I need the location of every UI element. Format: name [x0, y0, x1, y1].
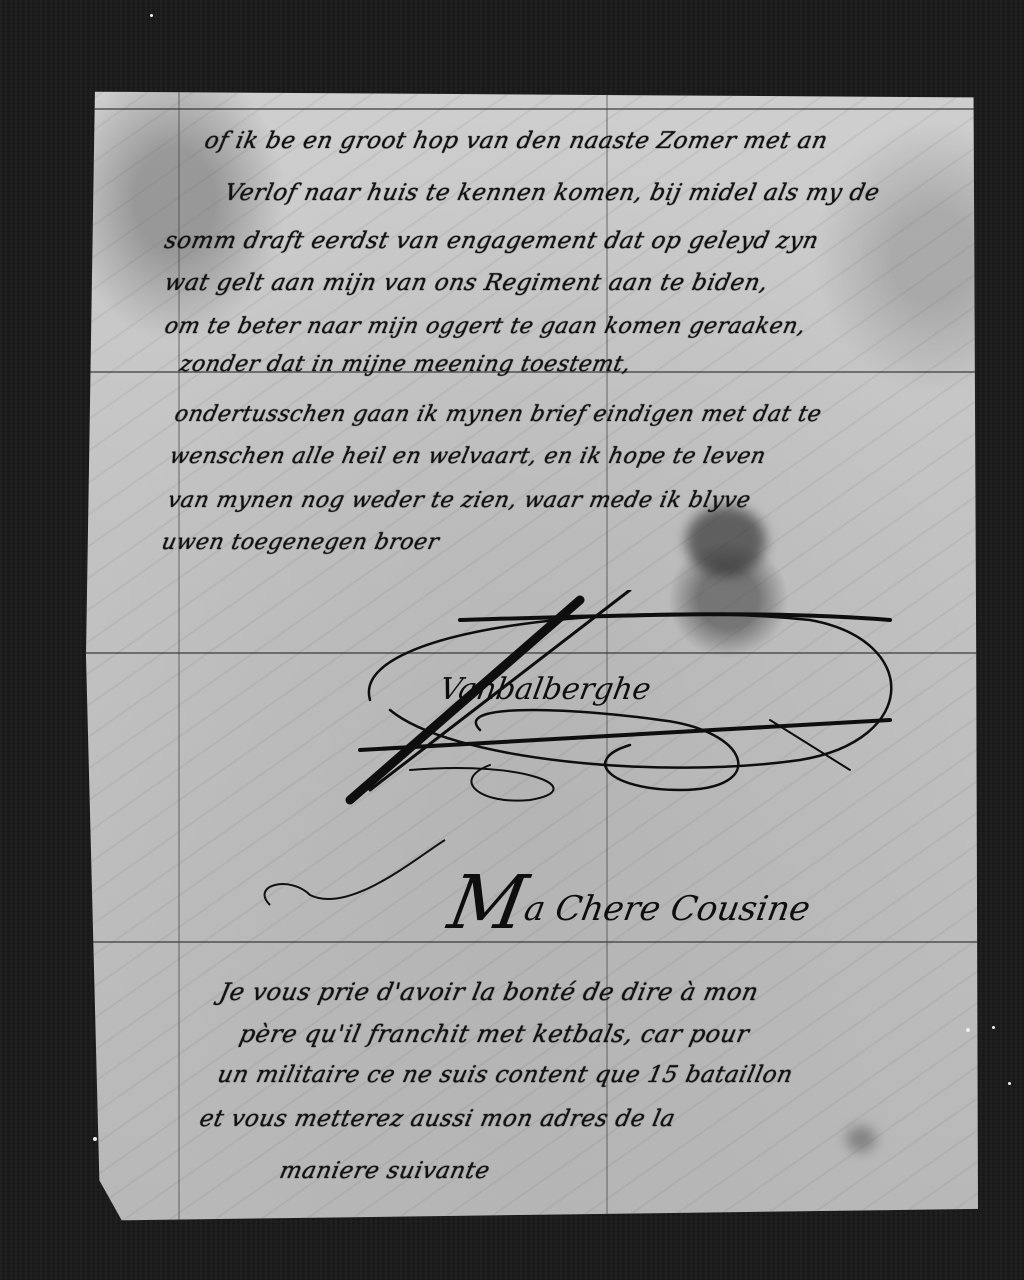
dust-speck — [150, 14, 153, 17]
letter-line: uwen toegenegen broer — [159, 530, 441, 555]
letter-line: Verlof naar huis te kennen komen, bij mi… — [222, 180, 882, 206]
dust-speck — [93, 1137, 97, 1141]
letter-line: wenschen alle heil en welvaart, en ik ho… — [167, 444, 768, 469]
letter-line: ondertusschen gaan ik mynen brief eindig… — [172, 402, 824, 427]
postscript-line: maniere suivante — [277, 1158, 492, 1184]
salutation-text: a Chere Cousine — [521, 889, 813, 929]
paper-fold — [178, 86, 180, 1226]
signature-name: Vanbalberghe — [437, 672, 654, 707]
postscript-line: un militaire ce ne suis content que 15 b… — [215, 1062, 795, 1088]
salutation-flourish-icon — [250, 835, 450, 955]
signature-block: Vanbalberghe — [330, 590, 910, 810]
letter-line: om te beter naar mijn oggert te gaan kom… — [162, 314, 808, 339]
dust-speck — [966, 1028, 970, 1032]
postscript-line: et vous metterez aussi mon adres de la — [197, 1106, 677, 1132]
letter-line: wat gelt aan mijn van ons Regiment aan t… — [162, 270, 770, 296]
dust-speck — [1008, 1082, 1011, 1085]
ink-stain — [846, 1126, 876, 1152]
dust-speck — [992, 1026, 995, 1029]
scan-frame: of ik be en groot hop van den naaste Zom… — [0, 0, 1024, 1280]
ink-stain — [686, 506, 766, 576]
letter-line: somm draft eerdst van engagement dat op … — [162, 228, 821, 254]
salutation-initial: M — [442, 860, 533, 946]
letter-line: van mynen nog weder te zien, waar mede i… — [165, 488, 753, 513]
letter-line: zonder dat in mijne meening toestemt, — [177, 352, 633, 377]
postscript-line: Je vous prie d'avoir la bonté de dire à … — [217, 978, 761, 1006]
postscript-line: père qu'il franchit met ketbals, car pou… — [237, 1020, 752, 1048]
salutation: Ma Chere Cousine — [442, 860, 818, 946]
paper-fold — [86, 108, 978, 110]
letter-line: of ik be en groot hop van den naaste Zom… — [202, 128, 830, 154]
